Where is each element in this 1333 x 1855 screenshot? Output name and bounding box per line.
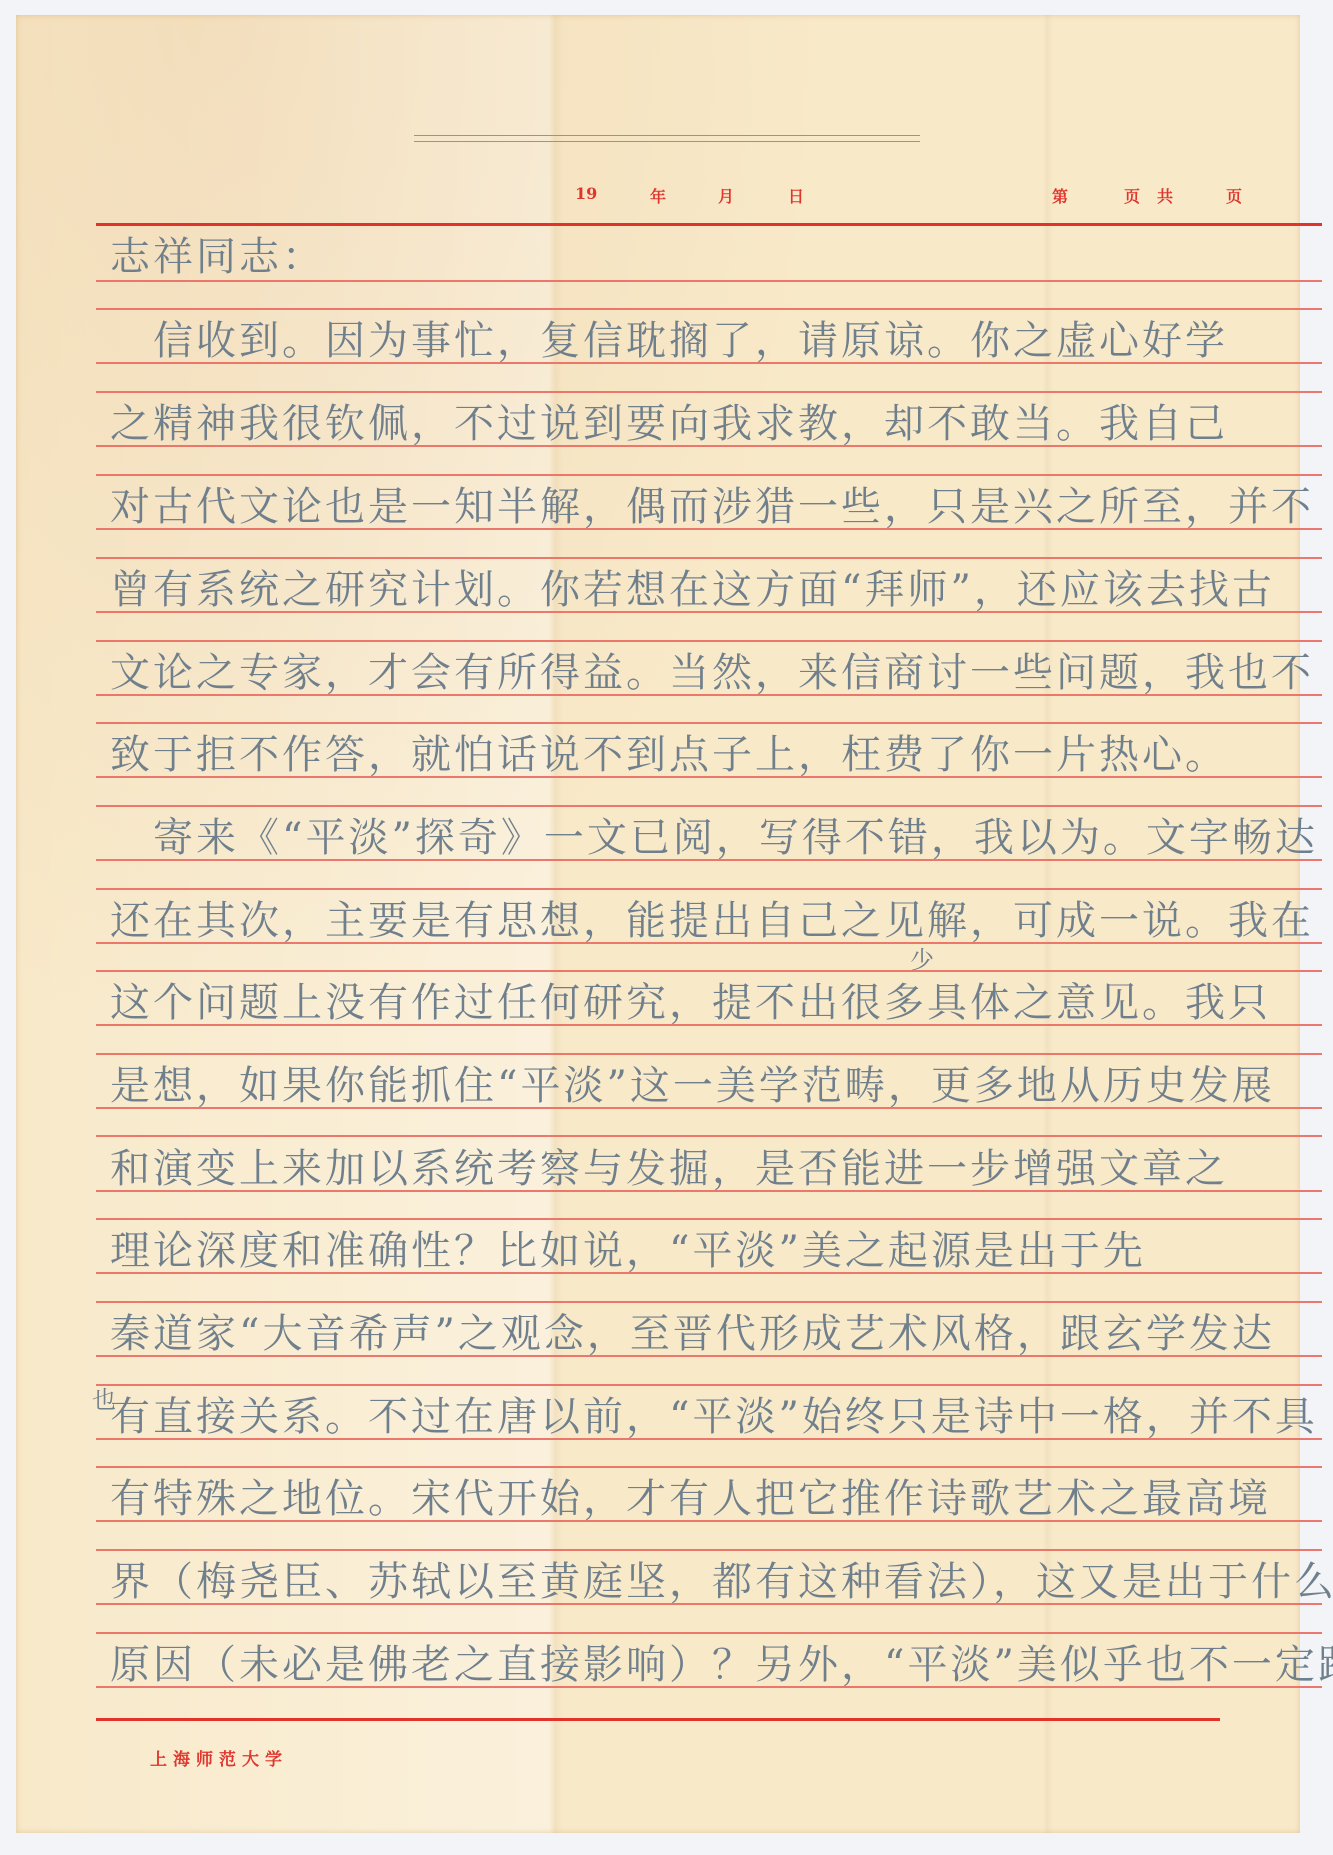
letterhead-double-rule	[414, 135, 920, 142]
margin-insertion: 也	[92, 1380, 116, 1415]
letter-line: 信收到。因为事忙，复信耽搁了，请原谅。你之虚心好学	[110, 316, 1320, 366]
year-label: 年	[650, 184, 666, 207]
page-label: 第	[1052, 184, 1068, 207]
letter-line: 致于拒不作答，就怕话说不到点子上，枉费了你一片热心。	[110, 730, 1320, 780]
letter-line: 界（梅尧臣、苏轼以至黄庭坚，都有这种看法），这又是出于什么	[110, 1557, 1320, 1607]
letter-line: 对古代文论也是一知半解，偶而涉猎一些，只是兴之所至，并不	[110, 482, 1320, 532]
letter-line: 理论深度和准确性？比如说，“平淡”美之起源是出于先	[110, 1226, 1320, 1276]
letter-line: 这个问题上没有作过任何研究，提不出很多具体之意见。我只	[110, 978, 1320, 1028]
total-unit: 页	[1226, 184, 1242, 207]
letter-line: 寄来《“平淡”探奇》一文已阅，写得不错，我以为。文字畅达	[110, 813, 1320, 863]
total-label: 共	[1157, 184, 1173, 207]
year-prefix: 19	[575, 184, 597, 203]
letter-line: 有特殊之地位。宋代开始，才有人把它推作诗歌艺术之最高境	[110, 1474, 1320, 1524]
letter-line: 原因（未必是佛老之直接影响）？另外，“平淡”美似乎也不一定跟	[110, 1640, 1320, 1690]
letter-line: 曾有系统之研究计划。你若想在这方面“拜师”，还应该去找古	[110, 565, 1320, 615]
salutation: 志祥同志：	[110, 232, 1320, 282]
letter-line: 还在其次，主要是有思想，能提出自己之见解，可成一说。我在	[110, 896, 1320, 946]
institution-name: 上海师范大学	[150, 1745, 288, 1770]
month-label: 月	[718, 184, 734, 207]
day-label: 日	[788, 184, 804, 207]
footer-rule	[96, 1718, 1220, 1721]
letter-line: 之精神我很钦佩，不过说到要向我求教，却不敢当。我自己	[110, 399, 1320, 449]
letter-line: 文论之专家，才会有所得益。当然，来信商讨一些问题，我也不	[110, 648, 1320, 698]
letter-line: 是想，如果你能抓住“平淡”这一美学范畴，更多地从历史发展	[110, 1061, 1320, 1111]
header-rule	[96, 223, 1322, 226]
letter-line: 和演变上来加以系统考察与发掘，是否能进一步增强文章之	[110, 1144, 1320, 1194]
letter-line: 有直接关系。不过在唐以前，“平淡”始终只是诗中一格，并不具	[110, 1392, 1320, 1442]
insertion-mark: 少	[910, 940, 934, 975]
page-unit: 页	[1124, 184, 1140, 207]
letter-line: 秦道家“大音希声”之观念，至晋代形成艺术风格，跟玄学发达	[110, 1309, 1320, 1359]
